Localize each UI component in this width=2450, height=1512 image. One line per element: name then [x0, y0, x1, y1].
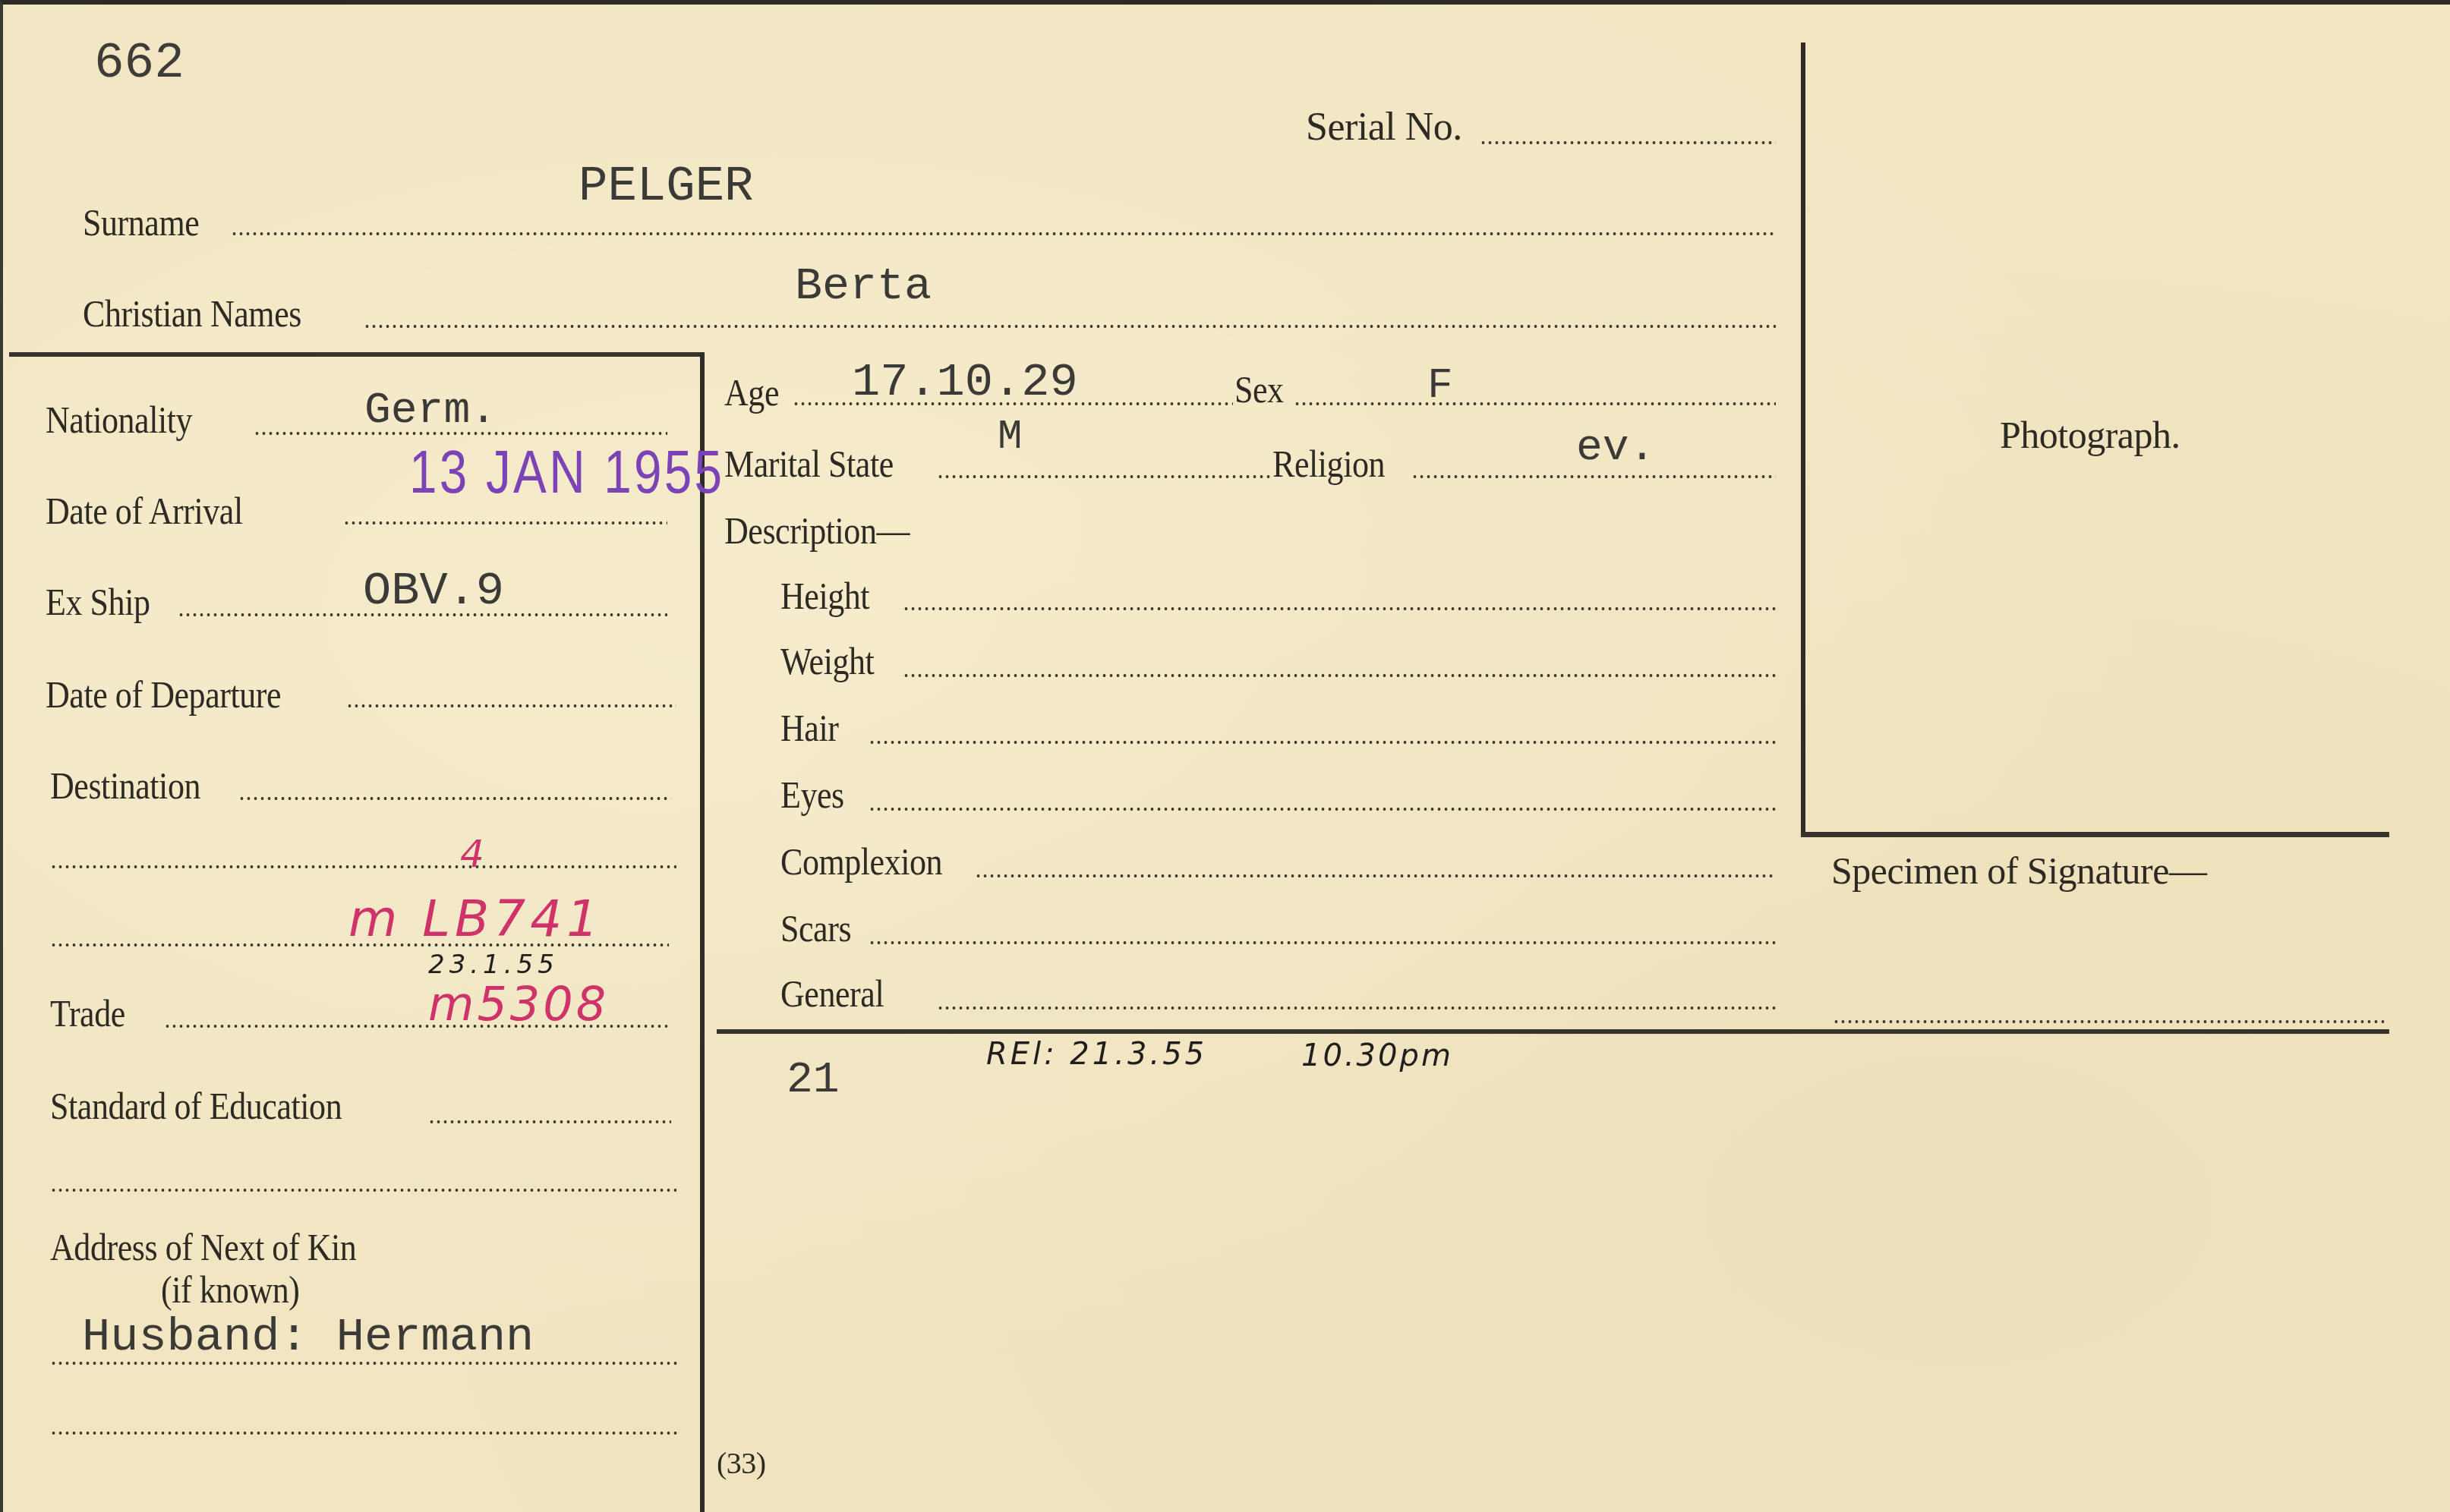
height-field[interactable]	[903, 607, 1776, 610]
age-value: 17.10.29	[852, 355, 1078, 409]
destination-line-2[interactable]	[50, 865, 676, 868]
weight-label: Weight	[780, 639, 874, 683]
weight-field[interactable]	[903, 674, 1776, 677]
registration-card: 662 Serial No. PELGER Surname Berta Chri…	[0, 0, 2450, 1512]
age-label: Age	[724, 370, 779, 414]
trade-field[interactable]	[164, 1025, 669, 1028]
date-of-departure-field[interactable]	[346, 704, 676, 707]
signature-field[interactable]	[1833, 1020, 2387, 1023]
destination-field[interactable]	[238, 797, 671, 800]
sex-label: Sex	[1234, 367, 1284, 411]
trade-label: Trade	[50, 991, 125, 1035]
standard-of-education-line-2[interactable]	[50, 1189, 676, 1192]
date-of-arrival-field[interactable]	[343, 521, 667, 524]
scars-label: Scars	[780, 906, 851, 950]
age-field[interactable]	[793, 402, 1233, 405]
standard-of-education-label: Standard of Education	[50, 1084, 342, 1128]
eyes-field[interactable]	[869, 808, 1776, 811]
ex-ship-field[interactable]	[178, 613, 667, 616]
nationality-field[interactable]	[254, 432, 667, 435]
surname-value: PELGER	[579, 160, 753, 215]
released-time: 10.30pm	[1301, 1038, 1453, 1073]
lower-number: 21	[787, 1056, 840, 1105]
hair-label: Hair	[780, 706, 838, 750]
trade-note: m5308	[428, 976, 609, 1032]
next-of-kin-line-2[interactable]	[50, 1432, 680, 1435]
description-label: Description—	[724, 509, 910, 553]
religion-label: Religion	[1272, 442, 1385, 486]
sex-field[interactable]	[1294, 402, 1776, 405]
nationality-label: Nationality	[46, 398, 192, 442]
card-number: 662	[94, 35, 184, 92]
left-panel-divider	[700, 352, 705, 1512]
released-note: REl: 21.3.55	[986, 1037, 1207, 1072]
surname-field[interactable]	[231, 232, 1776, 235]
date-of-departure-label: Date of Departure	[46, 673, 281, 717]
standard-of-education-field[interactable]	[428, 1120, 671, 1123]
religion-field[interactable]	[1411, 475, 1776, 478]
ex-ship-label: Ex Ship	[46, 580, 150, 624]
destination-note-2: m LB741	[348, 890, 603, 948]
general-label: General	[780, 972, 884, 1016]
destination-note-date: 23.1.55	[428, 950, 559, 980]
left-panel-top-rule	[9, 352, 704, 357]
marital-state-value: M	[998, 414, 1022, 461]
serial-no-field[interactable]	[1480, 141, 1776, 144]
surname-label: Surname	[83, 200, 199, 244]
destination-line-3[interactable]	[50, 943, 669, 947]
next-of-kin-label: Address of Next of Kin	[50, 1225, 356, 1269]
marital-state-field[interactable]	[937, 475, 1271, 478]
nationality-value: Germ.	[364, 386, 497, 436]
christian-names-field[interactable]	[364, 325, 1776, 328]
destination-label: Destination	[50, 764, 200, 808]
next-of-kin-value: Husband: Hermann	[82, 1310, 534, 1364]
christian-names-label: Christian Names	[83, 291, 301, 335]
next-of-kin-sub-label: (if known)	[161, 1268, 300, 1312]
marital-state-label: Marital State	[724, 442, 894, 486]
description-bottom-rule	[717, 1029, 2389, 1034]
photograph-label: Photograph.	[2000, 413, 2180, 457]
general-field[interactable]	[937, 1006, 1776, 1010]
hair-field[interactable]	[869, 741, 1776, 744]
photo-box-bottom-border	[1801, 832, 2389, 837]
scars-field[interactable]	[869, 941, 1776, 944]
next-of-kin-field[interactable]	[50, 1362, 680, 1365]
serial-no-label: Serial No.	[1306, 105, 1462, 150]
christian-names-value: Berta	[795, 261, 932, 313]
complexion-field[interactable]	[975, 874, 1776, 877]
complexion-label: Complexion	[780, 839, 942, 884]
eyes-label: Eyes	[780, 773, 844, 817]
destination-note-1: 4	[460, 832, 484, 876]
ex-ship-value: OBV.9	[363, 564, 504, 618]
signature-label: Specimen of Signature—	[1831, 849, 2206, 893]
photo-box-left-border	[1801, 43, 1805, 836]
religion-value: ev.	[1576, 424, 1655, 473]
arrival-date-stamp: 13 JAN 1955	[409, 437, 724, 507]
form-number: (33)	[717, 1445, 766, 1481]
date-of-arrival-label: Date of Arrival	[46, 489, 243, 533]
height-label: Height	[780, 574, 869, 618]
